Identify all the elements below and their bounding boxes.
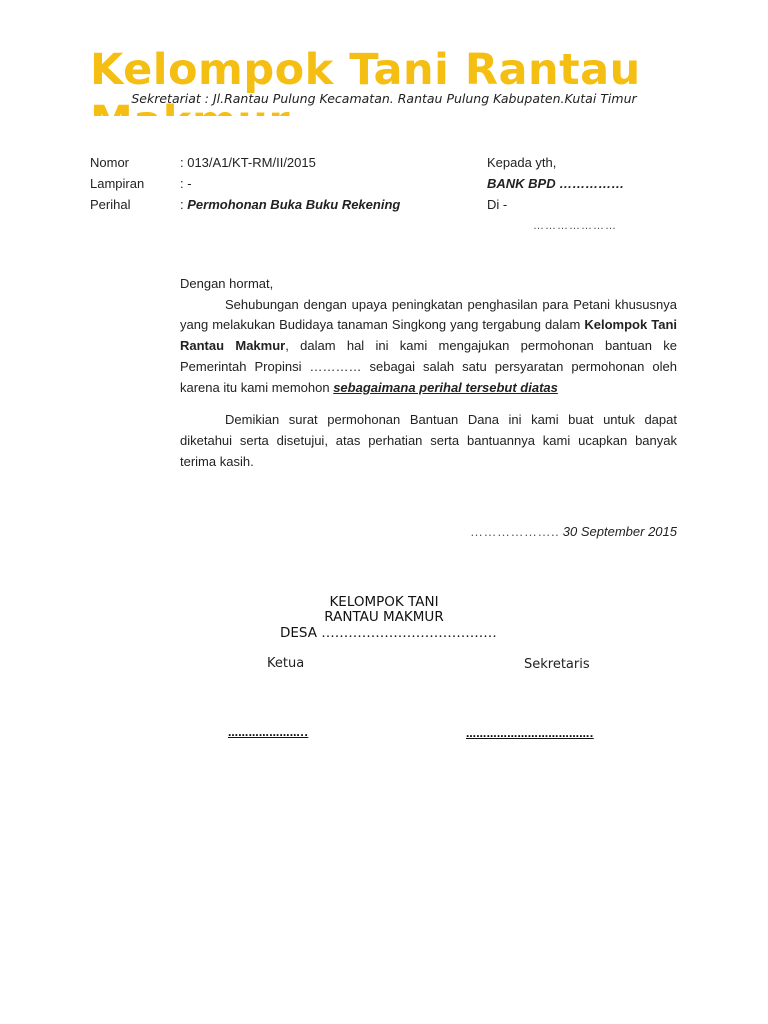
role-sekretaris: Sekretaris: [524, 657, 590, 672]
letter-page: Kelompok Tani Rantau Makmur Sekretariat …: [0, 0, 768, 1024]
meta-label: Nomor: [90, 155, 129, 170]
date-place-dots: ………………..: [470, 524, 559, 539]
p1-emphasis: sebagaimana perihal tersebut diatas: [333, 380, 558, 395]
letterhead-address: Sekretariat : Jl.Rantau Pulung Kecamatan…: [0, 91, 768, 106]
body-paragraph-1: Sehubungan dengan upaya peningkatan peng…: [180, 295, 677, 399]
org-name-line-1: KELOMPOK TANI: [0, 595, 768, 610]
recipient-bank: BANK BPD ……………: [487, 176, 624, 191]
letter-meta: Nomor : 013/A1/KT-RM/II/2015 Lampiran : …: [90, 155, 450, 225]
greeting: Dengan hormat,: [180, 274, 677, 295]
meta-row-perihal: Perihal : Permohonan Buka Buku Rekening: [90, 197, 450, 217]
meta-label: Lampiran: [90, 176, 144, 191]
meta-row-nomor: Nomor : 013/A1/KT-RM/II/2015: [90, 155, 450, 175]
date-text: 30 September 2015: [559, 524, 677, 539]
org-name-line-2: RANTAU MAKMUR: [0, 610, 768, 625]
letter-body: Dengan hormat, Sehubungan dengan upaya p…: [180, 274, 677, 472]
signature-line-sekretaris: ……………………………….: [466, 729, 594, 740]
role-ketua: Ketua: [267, 656, 304, 671]
org-desa: DESA …………………………………: [280, 625, 497, 641]
recipient-location-dots: …………………: [533, 220, 617, 232]
meta-label: Perihal: [90, 197, 130, 212]
meta-row-lampiran: Lampiran : -: [90, 176, 450, 196]
subject-text: Permohonan Buka Buku Rekening: [187, 197, 400, 212]
recipient-location: Di -: [487, 197, 507, 212]
recipient-line-1: Kepada yth,: [487, 155, 556, 170]
letterhead-address-text: Sekretariat : Jl.Rantau Pulung Kecamatan…: [131, 91, 636, 106]
signature-line-ketua: …………………..: [228, 728, 308, 739]
letter-date: ……………….. 30 September 2015: [470, 524, 677, 539]
body-paragraph-2: Demikian surat permohonan Bantuan Dana i…: [180, 410, 677, 472]
meta-value: : Permohonan Buka Buku Rekening: [180, 197, 400, 212]
meta-value: : 013/A1/KT-RM/II/2015: [180, 155, 316, 170]
meta-value: : -: [180, 176, 192, 191]
